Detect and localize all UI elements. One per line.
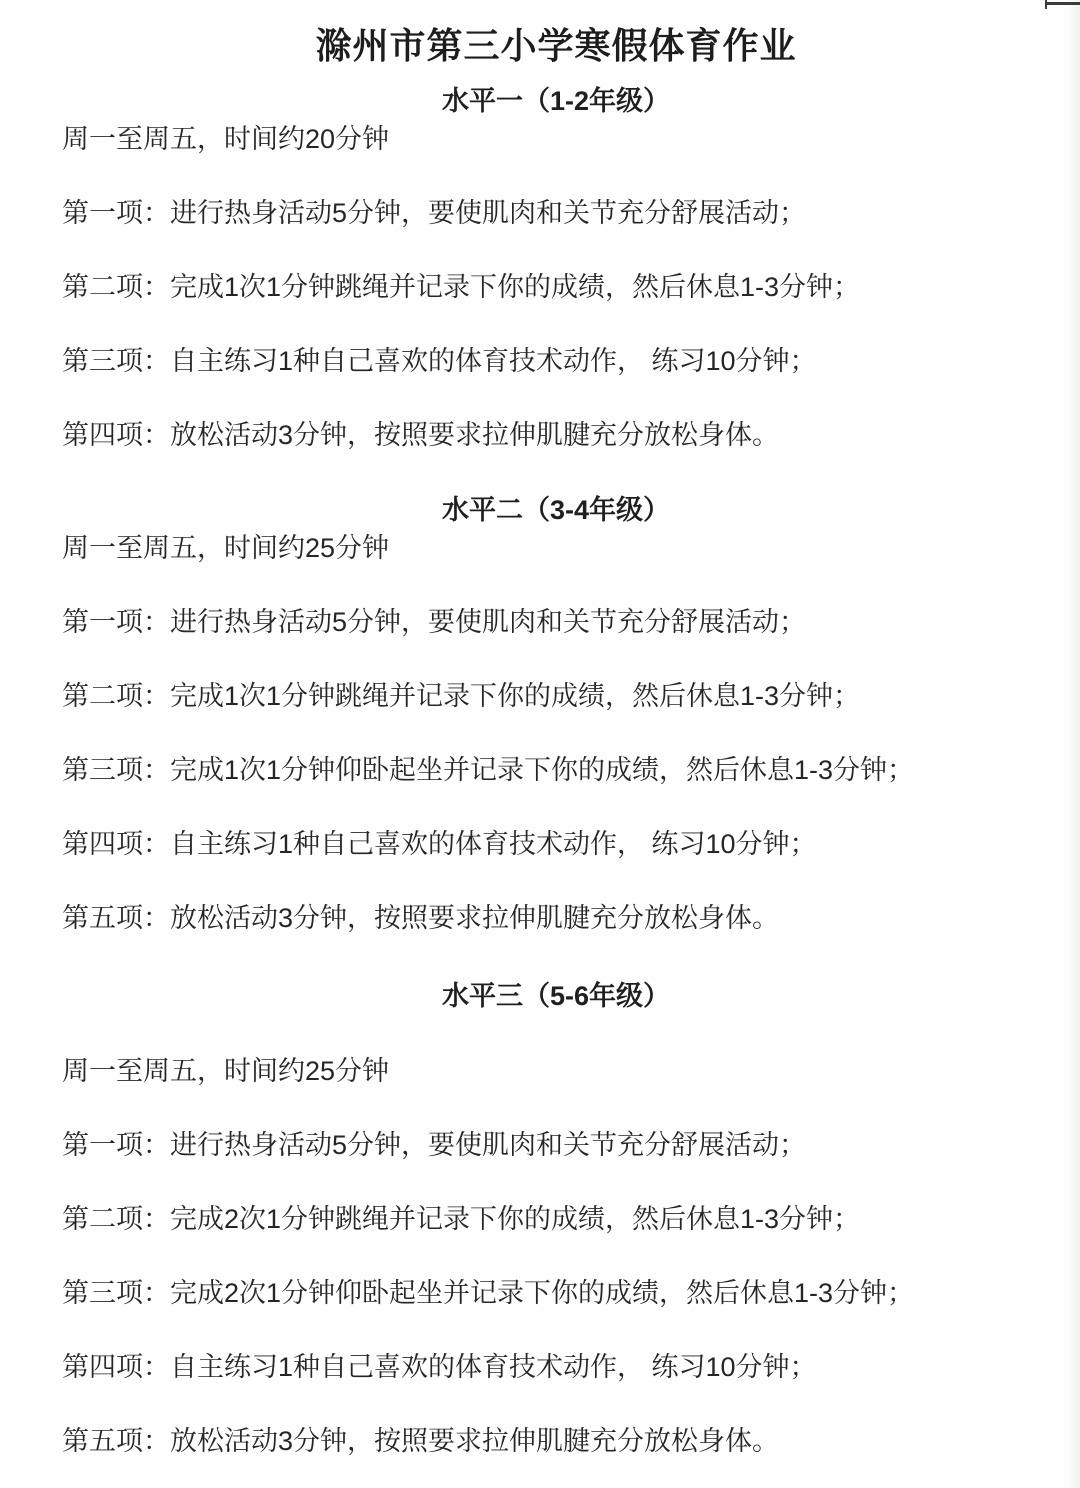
scan-artifact-line	[1046, 2, 1080, 5]
assignment-list: 第一项：进行热身活动5分钟，要使肌肉和关节充分舒展活动；第二项：完成2次1分钟跳…	[62, 1130, 1050, 1456]
section-level-1: 水平一（1-2年级） 周一至周五，时间约20分钟 第一项：进行热身活动5分钟，要…	[62, 86, 1050, 450]
assignment-item: 第一项：进行热身活动5分钟，要使肌肉和关节充分舒展活动；	[62, 198, 1050, 228]
section-level-3: 水平三（5-6年级） 周一至周五，时间约25分钟 第一项：进行热身活动5分钟，要…	[62, 981, 1050, 1456]
section-heading-level-1: 水平一（1-2年级）	[62, 86, 1050, 116]
section-intro: 周一至周五，时间约20分钟	[62, 124, 1050, 154]
document-title: 滁州市第三小学寒假体育作业	[62, 24, 1050, 68]
document-page: 滁州市第三小学寒假体育作业 水平一（1-2年级） 周一至周五，时间约20分钟 第…	[0, 0, 1080, 1488]
assignment-item: 第一项：进行热身活动5分钟，要使肌肉和关节充分舒展活动；	[62, 1130, 1050, 1160]
section-intro: 周一至周五，时间约25分钟	[62, 533, 1050, 563]
assignment-item: 第四项：放松活动3分钟，按照要求拉伸肌腱充分放松身体。	[62, 420, 1050, 450]
assignment-item: 第四项：自主练习1种自己喜欢的体育技术动作， 练习10分钟；	[62, 829, 1050, 859]
assignment-item: 第三项：完成2次1分钟仰卧起坐并记录下你的成绩，然后休息1-3分钟；	[62, 1278, 1050, 1308]
section-intro: 周一至周五，时间约25分钟	[62, 1056, 1050, 1086]
assignment-item: 第三项：自主练习1种自己喜欢的体育技术动作， 练习10分钟；	[62, 346, 1050, 376]
assignment-item: 第五项：放松活动3分钟，按照要求拉伸肌腱充分放松身体。	[62, 1426, 1050, 1456]
section-heading-level-3: 水平三（5-6年级）	[62, 981, 1050, 1011]
assignment-item: 第四项：自主练习1种自己喜欢的体育技术动作， 练习10分钟；	[62, 1352, 1050, 1382]
assignment-item: 第二项：完成2次1分钟跳绳并记录下你的成绩，然后休息1-3分钟；	[62, 1204, 1050, 1234]
assignment-item: 第二项：完成1次1分钟跳绳并记录下你的成绩，然后休息1-3分钟；	[62, 681, 1050, 711]
assignment-list: 第一项：进行热身活动5分钟，要使肌肉和关节充分舒展活动；第二项：完成1次1分钟跳…	[62, 198, 1050, 450]
assignment-item: 第一项：进行热身活动5分钟，要使肌肉和关节充分舒展活动；	[62, 607, 1050, 637]
section-heading-level-2: 水平二（3-4年级）	[62, 495, 1050, 525]
assignment-item: 第三项：完成1次1分钟仰卧起坐并记录下你的成绩，然后休息1-3分钟；	[62, 755, 1050, 785]
scan-artifact-tick	[1045, 0, 1047, 9]
section-level-2: 水平二（3-4年级） 周一至周五，时间约25分钟 第一项：进行热身活动5分钟，要…	[62, 495, 1050, 933]
assignment-list: 第一项：进行热身活动5分钟，要使肌肉和关节充分舒展活动；第二项：完成1次1分钟跳…	[62, 607, 1050, 933]
assignment-item: 第二项：完成1次1分钟跳绳并记录下你的成绩，然后休息1-3分钟；	[62, 272, 1050, 302]
assignment-item: 第五项：放松活动3分钟，按照要求拉伸肌腱充分放松身体。	[62, 903, 1050, 933]
